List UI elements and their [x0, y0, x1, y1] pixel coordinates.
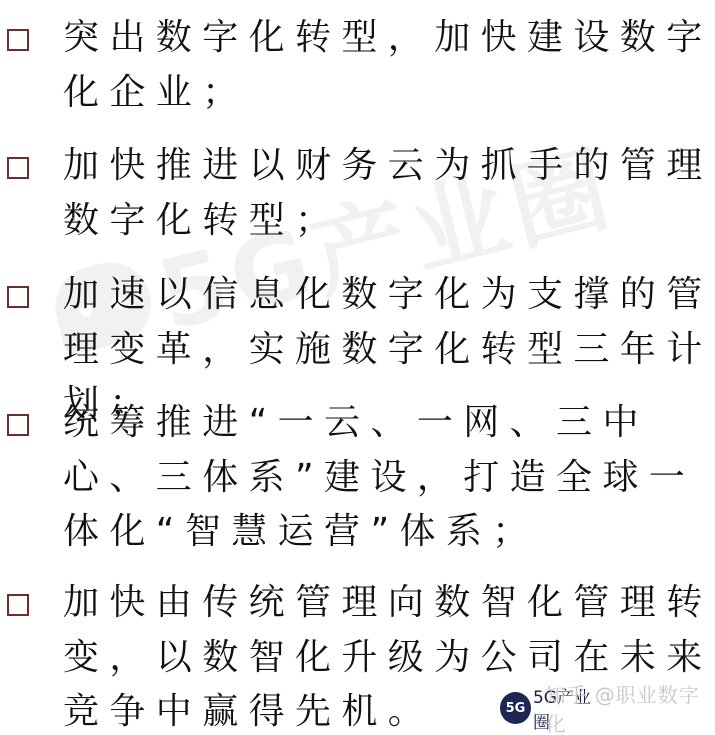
brand-logo-icon: 5G	[500, 692, 531, 724]
square-bullet-icon	[7, 594, 29, 616]
square-bullet-icon	[7, 29, 29, 51]
footer-credit-text: 知乎 @职业数字化	[545, 679, 715, 735]
square-bullet-icon	[7, 286, 29, 308]
list-item-text: 突出数字化转型，加快建设数字化企业；	[63, 11, 715, 120]
list-item-text: 加快推进以财务云为抓手的管理数字化转型；	[63, 139, 715, 248]
list-item-text: 统筹推进“一云、一网、三中心、三体系”建设，打造全球一体化“智慧运营”体系；	[63, 396, 715, 560]
square-bullet-icon	[7, 157, 29, 179]
footer-watermark: 5G 5G产业圈 知乎 @职业数字化	[500, 690, 715, 726]
square-bullet-icon	[7, 414, 29, 436]
